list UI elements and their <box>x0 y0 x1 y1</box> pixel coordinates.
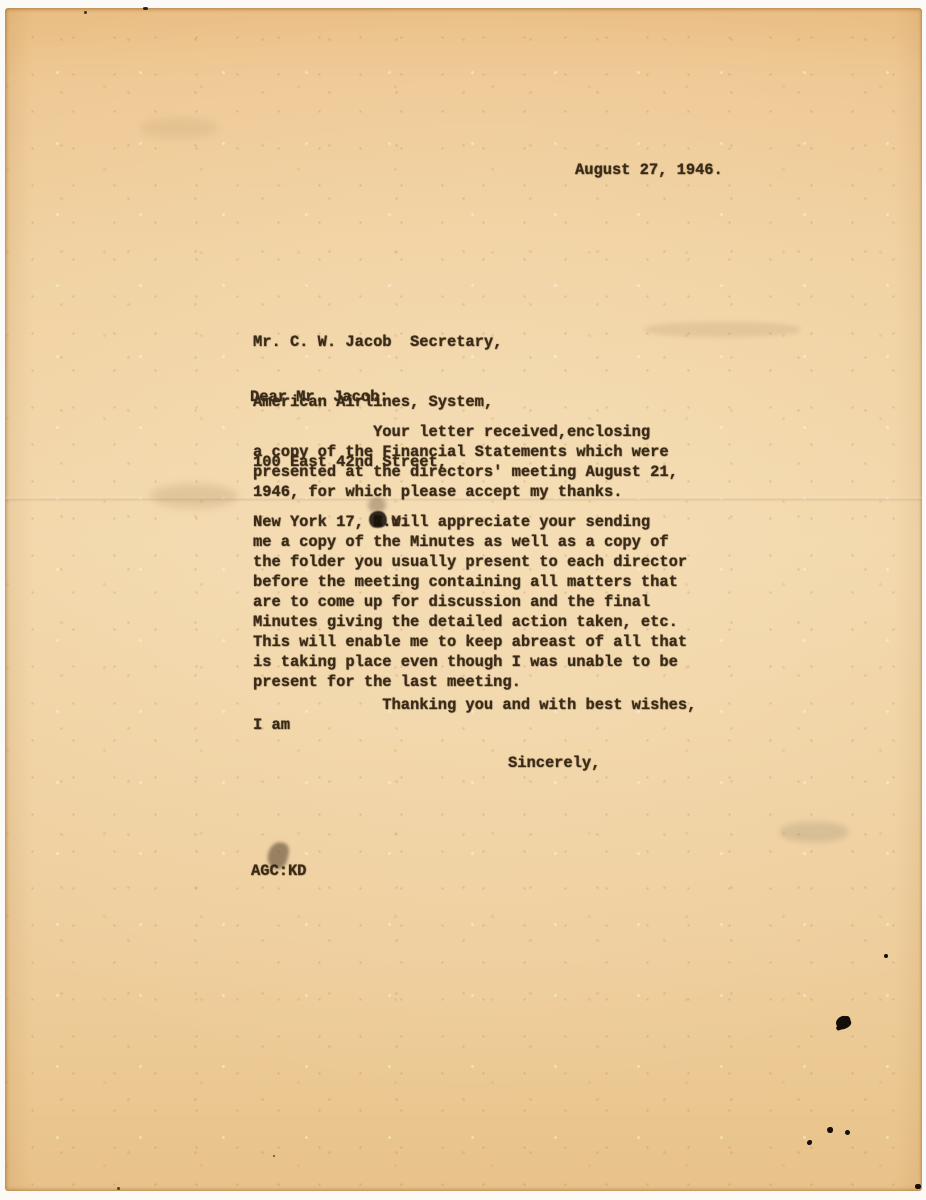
closing-paragraph: Thanking you and with best wishes, I am <box>253 695 696 735</box>
scanned-letter-page: August 27, 1946. Mr. C. W. Jacob Secreta… <box>0 0 926 1200</box>
body-paragraph-2: I will appreciate your sending me a copy… <box>253 512 687 692</box>
recipient-line-name: Mr. C. W. Jacob Secretary, <box>253 332 502 352</box>
letter-date: August 27, 1946. <box>575 160 723 180</box>
salutation: Dear Mr. Jacob: <box>250 387 389 407</box>
typist-initials: AGC:KD <box>251 861 306 881</box>
body-paragraph-1: Your letter received,enclosing a copy of… <box>253 422 678 502</box>
signoff: Sincerely, <box>508 753 600 773</box>
